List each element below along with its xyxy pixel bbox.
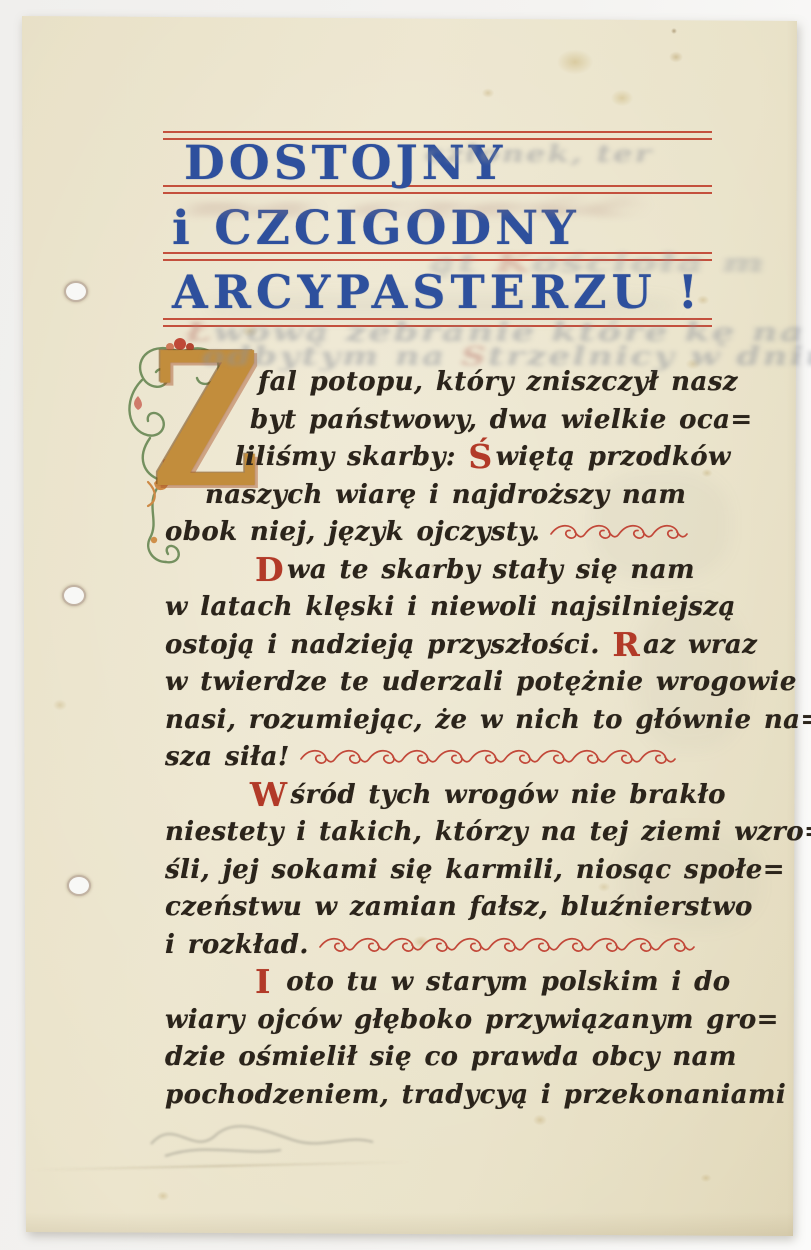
line-filler-flourish: [299, 749, 684, 767]
red-initial-letter: W: [250, 775, 287, 814]
body-text: dzie ośmielił się co prawda obcy nam: [165, 1042, 737, 1072]
body-text: w twierdze te uderzali potężnie wrogowie: [165, 667, 797, 697]
punch-hole: [62, 585, 86, 606]
body-text: śród tych wrogów nie brakło: [290, 780, 725, 810]
line-filler-flourish: [745, 599, 771, 617]
body-text: obok niej, język ojczysty.: [165, 517, 540, 547]
body-text: naszych wiarę i najdroższy nam: [205, 480, 686, 510]
body-line: nasi, rozumiejąc, że w nich to głównie n…: [165, 705, 811, 735]
body-text: nasi, rozumiejąc, że w nich to głównie n…: [165, 705, 811, 735]
body-line: ostoją i nadzieją przyszłości. Raz wraz: [165, 630, 757, 660]
body-text: i rozkład.: [165, 930, 309, 960]
line-filler-flourish: [318, 937, 718, 955]
body-line: w latach klęski i niewoli najsilniejszą: [165, 592, 771, 622]
body-line: I oto tu w starym polskim i do: [255, 967, 730, 997]
ghost-red-initial: S: [461, 342, 488, 372]
body-text: az wraz: [643, 630, 757, 660]
line-filler-flourish: [704, 562, 732, 580]
body-line: czeństwu w zamian fałsz, bluźnierstwo: [165, 892, 753, 922]
punch-hole: [64, 281, 88, 302]
body-line: obok niej, język ojczysty.: [165, 517, 714, 547]
body-text: pochodzeniem, tradycyą i przekonaniami: [165, 1080, 786, 1110]
body-text: niestety i takich, którzy na tej ziemi w…: [165, 817, 811, 847]
ghost-red-initial: K: [496, 249, 532, 279]
body-text: w latach klęski i niewoli najsilniejszą: [165, 592, 736, 622]
body-line: i rozkład.: [165, 930, 718, 960]
ghost-text: członek, ter: [425, 139, 653, 168]
red-initial-letter: D: [255, 550, 284, 589]
ghost-handwriting-squiggle: [145, 1106, 385, 1166]
body-line: pochodzeniem, tradycyą i przekonaniami: [165, 1080, 786, 1110]
red-initial-letter: I: [255, 962, 271, 1001]
body-text: byt państwowy, dwa wielkie oca=: [250, 405, 753, 435]
body-text: czeństwu w zamian fałsz, bluźnierstwo: [165, 892, 753, 922]
body-line: liliśmy skarby: Świętą przodków: [235, 442, 731, 472]
body-text: sza siła!: [165, 742, 290, 772]
body-text: wiary ojców głęboko przywiązanym gro=: [165, 1005, 779, 1035]
body-text: oto tu w starym polskim i do: [274, 967, 731, 997]
body-line: byt państwowy, dwa wielkie oca=: [250, 405, 753, 435]
body-text: śli, jej sokami się karmili, niosąc społ…: [165, 855, 785, 885]
ghost-text: na cześć: [188, 193, 643, 222]
line-filler-flourish: [695, 487, 725, 505]
red-initial-letter: R: [612, 625, 640, 664]
ghost-text: ościoła m: [532, 249, 767, 279]
body-line: wiary ojców głęboko przywiązanym gro=: [165, 1005, 779, 1035]
ghost-bleedthrough-text: na cześć: [188, 193, 643, 222]
ghost-text: ąt: [430, 249, 496, 279]
punch-hole: [67, 875, 91, 896]
body-line: sza siła!: [165, 742, 684, 772]
body-line: naszych wiarę i najdroższy nam: [205, 480, 725, 510]
ghost-bleedthrough-text: odbytym na Strzelnicy w dniu: [202, 342, 811, 372]
body-line: Wśród tych wrogów nie brakło: [250, 780, 726, 810]
ghost-text: trzelnicy w dniu: [488, 342, 811, 372]
body-text: liliśmy skarby:: [235, 442, 468, 472]
body-line: śli, jej sokami się karmili, niosąc społ…: [165, 855, 785, 885]
body-text: wa te skarby stały się nam: [287, 555, 695, 585]
body-text: ostoją i nadzieją przyszłości.: [165, 630, 612, 660]
body-line: w twierdze te uderzali potężnie wrogowie: [165, 667, 797, 697]
manuscript-scan: DOSTOJNY i CZCIGODNY ARCYPASTERZU !: [0, 0, 811, 1250]
body-line: Dwa te skarby stały się nam: [255, 555, 732, 585]
ghost-bleedthrough-text: członek, ter: [425, 139, 653, 168]
body-line: dzie ośmielił się co prawda obcy nam: [165, 1042, 737, 1072]
ghost-bleedthrough-text: ąt Kościoła m: [430, 249, 767, 279]
body-text: więtą przodków: [496, 442, 731, 472]
page-content: DOSTOJNY i CZCIGODNY ARCYPASTERZU !: [0, 0, 811, 1250]
line-filler-flourish: [549, 524, 714, 542]
ghost-text: odbytym na: [202, 342, 461, 372]
red-initial-letter: Ś: [468, 437, 492, 476]
body-line: niestety i takich, którzy na tej ziemi w…: [165, 817, 811, 847]
